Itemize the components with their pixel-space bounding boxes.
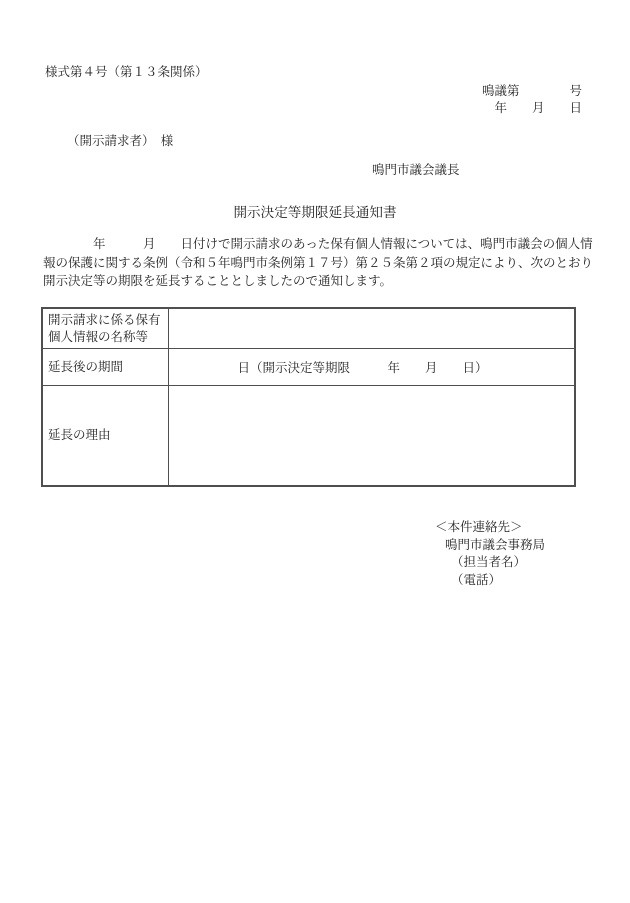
issue-date-line: 年 月 日	[482, 100, 582, 117]
contact-office: 鳴門市議会事務局	[445, 537, 545, 555]
reference-block: 鳴議第 号 年 月 日	[482, 83, 582, 117]
document-number-line: 鳴議第 号	[482, 83, 582, 100]
contact-person: （担当者名）	[451, 554, 545, 572]
form-number-label: 様式第４号（第１３条関係）	[45, 62, 208, 80]
extension-details-table: 開示請求に係る保有 個人情報の名称等 延長後の期間 日（開示決定等期限 年 月 …	[41, 307, 576, 487]
contact-heading: ＜本件連絡先＞	[435, 519, 545, 537]
contact-block: ＜本件連絡先＞ 鳴門市議会事務局 （担当者名） （電話）	[435, 519, 545, 589]
row-label-requested-info: 開示請求に係る保有 個人情報の名称等	[43, 309, 168, 348]
contact-phone: （電話）	[451, 572, 545, 590]
body-paragraph: 年 月 日付けで開示請求のあった保有個人情報については、鳴門市議会の個人情報の保…	[43, 235, 595, 291]
table-row: 延長後の期間 日（開示決定等期限 年 月 日）	[42, 349, 575, 386]
document-title: 開示決定等期限延長通知書	[0, 201, 630, 221]
notice-document-page: 様式第４号（第１３条関係） 鳴議第 号 年 月 日 （開示請求者） 様 鳴門市議…	[0, 0, 630, 903]
addressee-line: （開示請求者） 様	[67, 131, 173, 149]
cell-extended-period-value: 日（開示決定等期限 年 月 日）	[169, 358, 574, 376]
sender-line: 鳴門市議会議長	[372, 160, 460, 178]
row-label-extended-period: 延長後の期間	[43, 356, 168, 379]
row-label-extension-reason: 延長の理由	[43, 424, 168, 447]
table-row: 開示請求に係る保有 個人情報の名称等	[42, 308, 575, 349]
table-row: 延長の理由	[42, 386, 575, 487]
